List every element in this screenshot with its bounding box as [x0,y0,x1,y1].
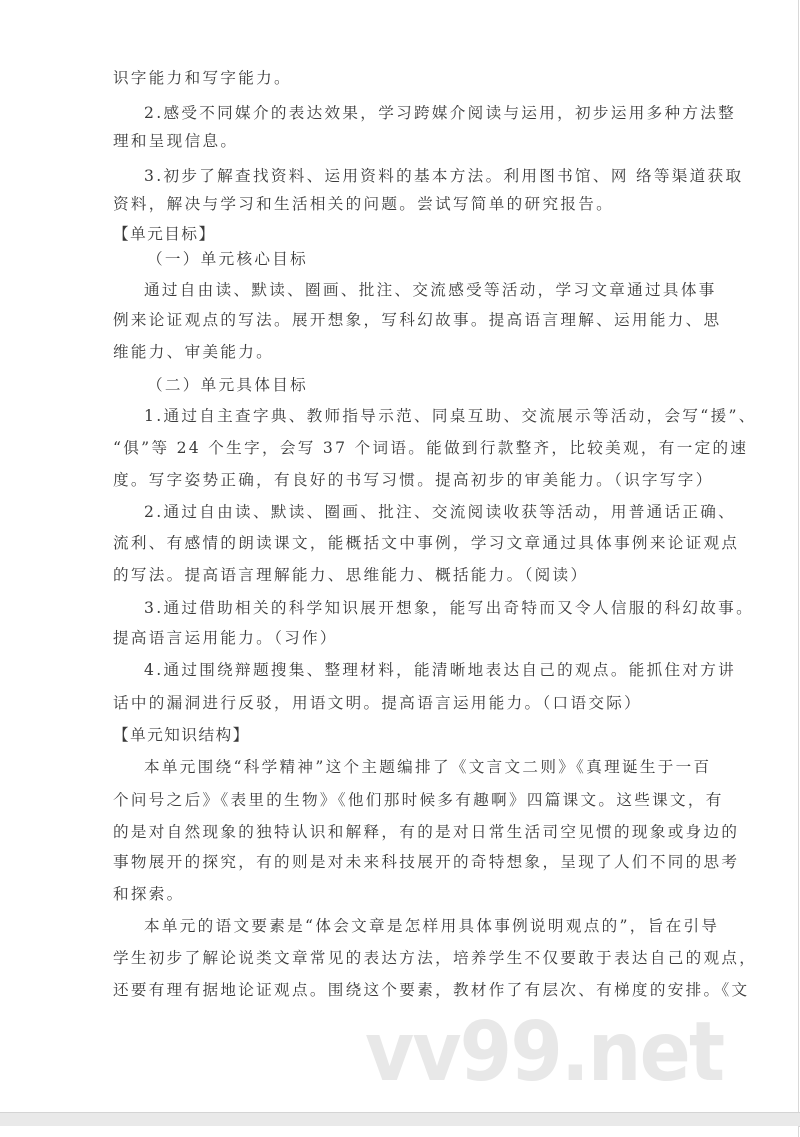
paragraph-line: 通过自由读、默读、圈画、批注、交流感受等活动，学习文章通过具体事 [144,280,724,300]
paragraph-line: 流利、有感情的朗读课文，能概括文中事例，学习文章通过具体事例来论证观点 [113,533,693,553]
list-item-2: 2.感受不同媒介的表达效果，学习跨媒介阅读与运用，初步运用多种方法整 [144,103,724,123]
document-page: 识字能力和写字能力。 2.感受不同媒介的表达效果，学习跨媒介阅读与运用，初步运用… [0,0,799,1112]
paragraph-line: “俱”等 24 个生字，会写 37 个词语。能做到行款整齐，比较美观，有一定的速 [113,438,693,458]
paragraph-line: 维能力、审美能力。 [113,342,693,362]
goal-item-3: 3.通过借助相关的科学知识展开想象，能写出奇特而又令人信服的科幻故事。 [144,598,724,618]
section-heading-unit-goals: 【单元目标】 [113,224,693,244]
goal-item-2: 2.通过自由读、默读、圈画、批注、交流阅读收获等活动，用普通话正确、 [144,502,724,522]
next-page-edge [0,1126,799,1137]
list-item-3: 3.初步了解查找资料、运用资料的基本方法。利用图书馆、网 络等渠道获取 [144,166,724,186]
paragraph-line: 的是对自然现象的独特认识和解释，有的是对日常生活司空见惯的现象或身边的 [113,822,693,842]
paragraph-line: 还要有理有据地论证观点。围绕这个要素，教材作了有层次、有梯度的安排。《文 [113,980,693,1000]
watermark: vv99.net [365,1005,723,1100]
paragraph-line: 事物展开的探究，有的则是对未来科技展开的奇特想象，呈现了人们不同的思考 [113,852,693,872]
subheading-core-goals: （一）单元核心目标 [147,249,727,269]
paragraph-line: 本单元围绕“科学精神”这个主题编排了《文言文二则》《真理诞生于一百 [144,757,724,777]
paragraph-line: 的写法。提高语言理解能力、思维能力、概括能力。（阅读） [113,565,693,585]
paragraph-line: 例来论证观点的写法。展开想象，写科幻故事。提高语言理解、运用能力、思 [113,310,693,330]
goal-item-4: 4.通过围绕辩题搜集、整理材料，能清晰地表达自己的观点。能抓住对方讲 [144,660,724,680]
paragraph-line: 提高语言运用能力。（习作） [113,628,693,648]
paragraph-line: 话中的漏洞进行反驳，用语文明。提高语言运用能力。（口语交际） [113,693,693,713]
paragraph-line: 本单元的语文要素是“体会文章是怎样用具体事例说明观点的”，旨在引导 [144,916,724,936]
paragraph-line: 和探索。 [113,884,693,904]
section-heading-knowledge-structure: 【单元知识结构】 [113,725,693,745]
paragraph-line: 理和呈现信息。 [113,131,693,151]
page-separator [0,1112,800,1127]
paragraph-line: 学生初步了解论说类文章常见的表达方法，培养学生不仅要敢于表达自己的观点， [113,948,693,968]
paragraph-line: 识字能力和写字能力。 [113,68,693,88]
subheading-specific-goals: （二）单元具体目标 [147,375,727,395]
goal-item-1: 1.通过自主查字典、教师指导示范、同桌互助、交流展示等活动，会写“援”、 [144,406,724,426]
paragraph-line: 资料，解决与学习和生活相关的问题。尝试写简单的研究报告。 [113,194,693,214]
paragraph-line: 度。写字姿势正确，有良好的书写习惯。提高初步的审美能力。（识字写字） [113,470,693,490]
paragraph-line: 个问号之后》《表里的生物》《他们那时候多有趣啊》四篇课文。这些课文，有 [113,790,693,810]
